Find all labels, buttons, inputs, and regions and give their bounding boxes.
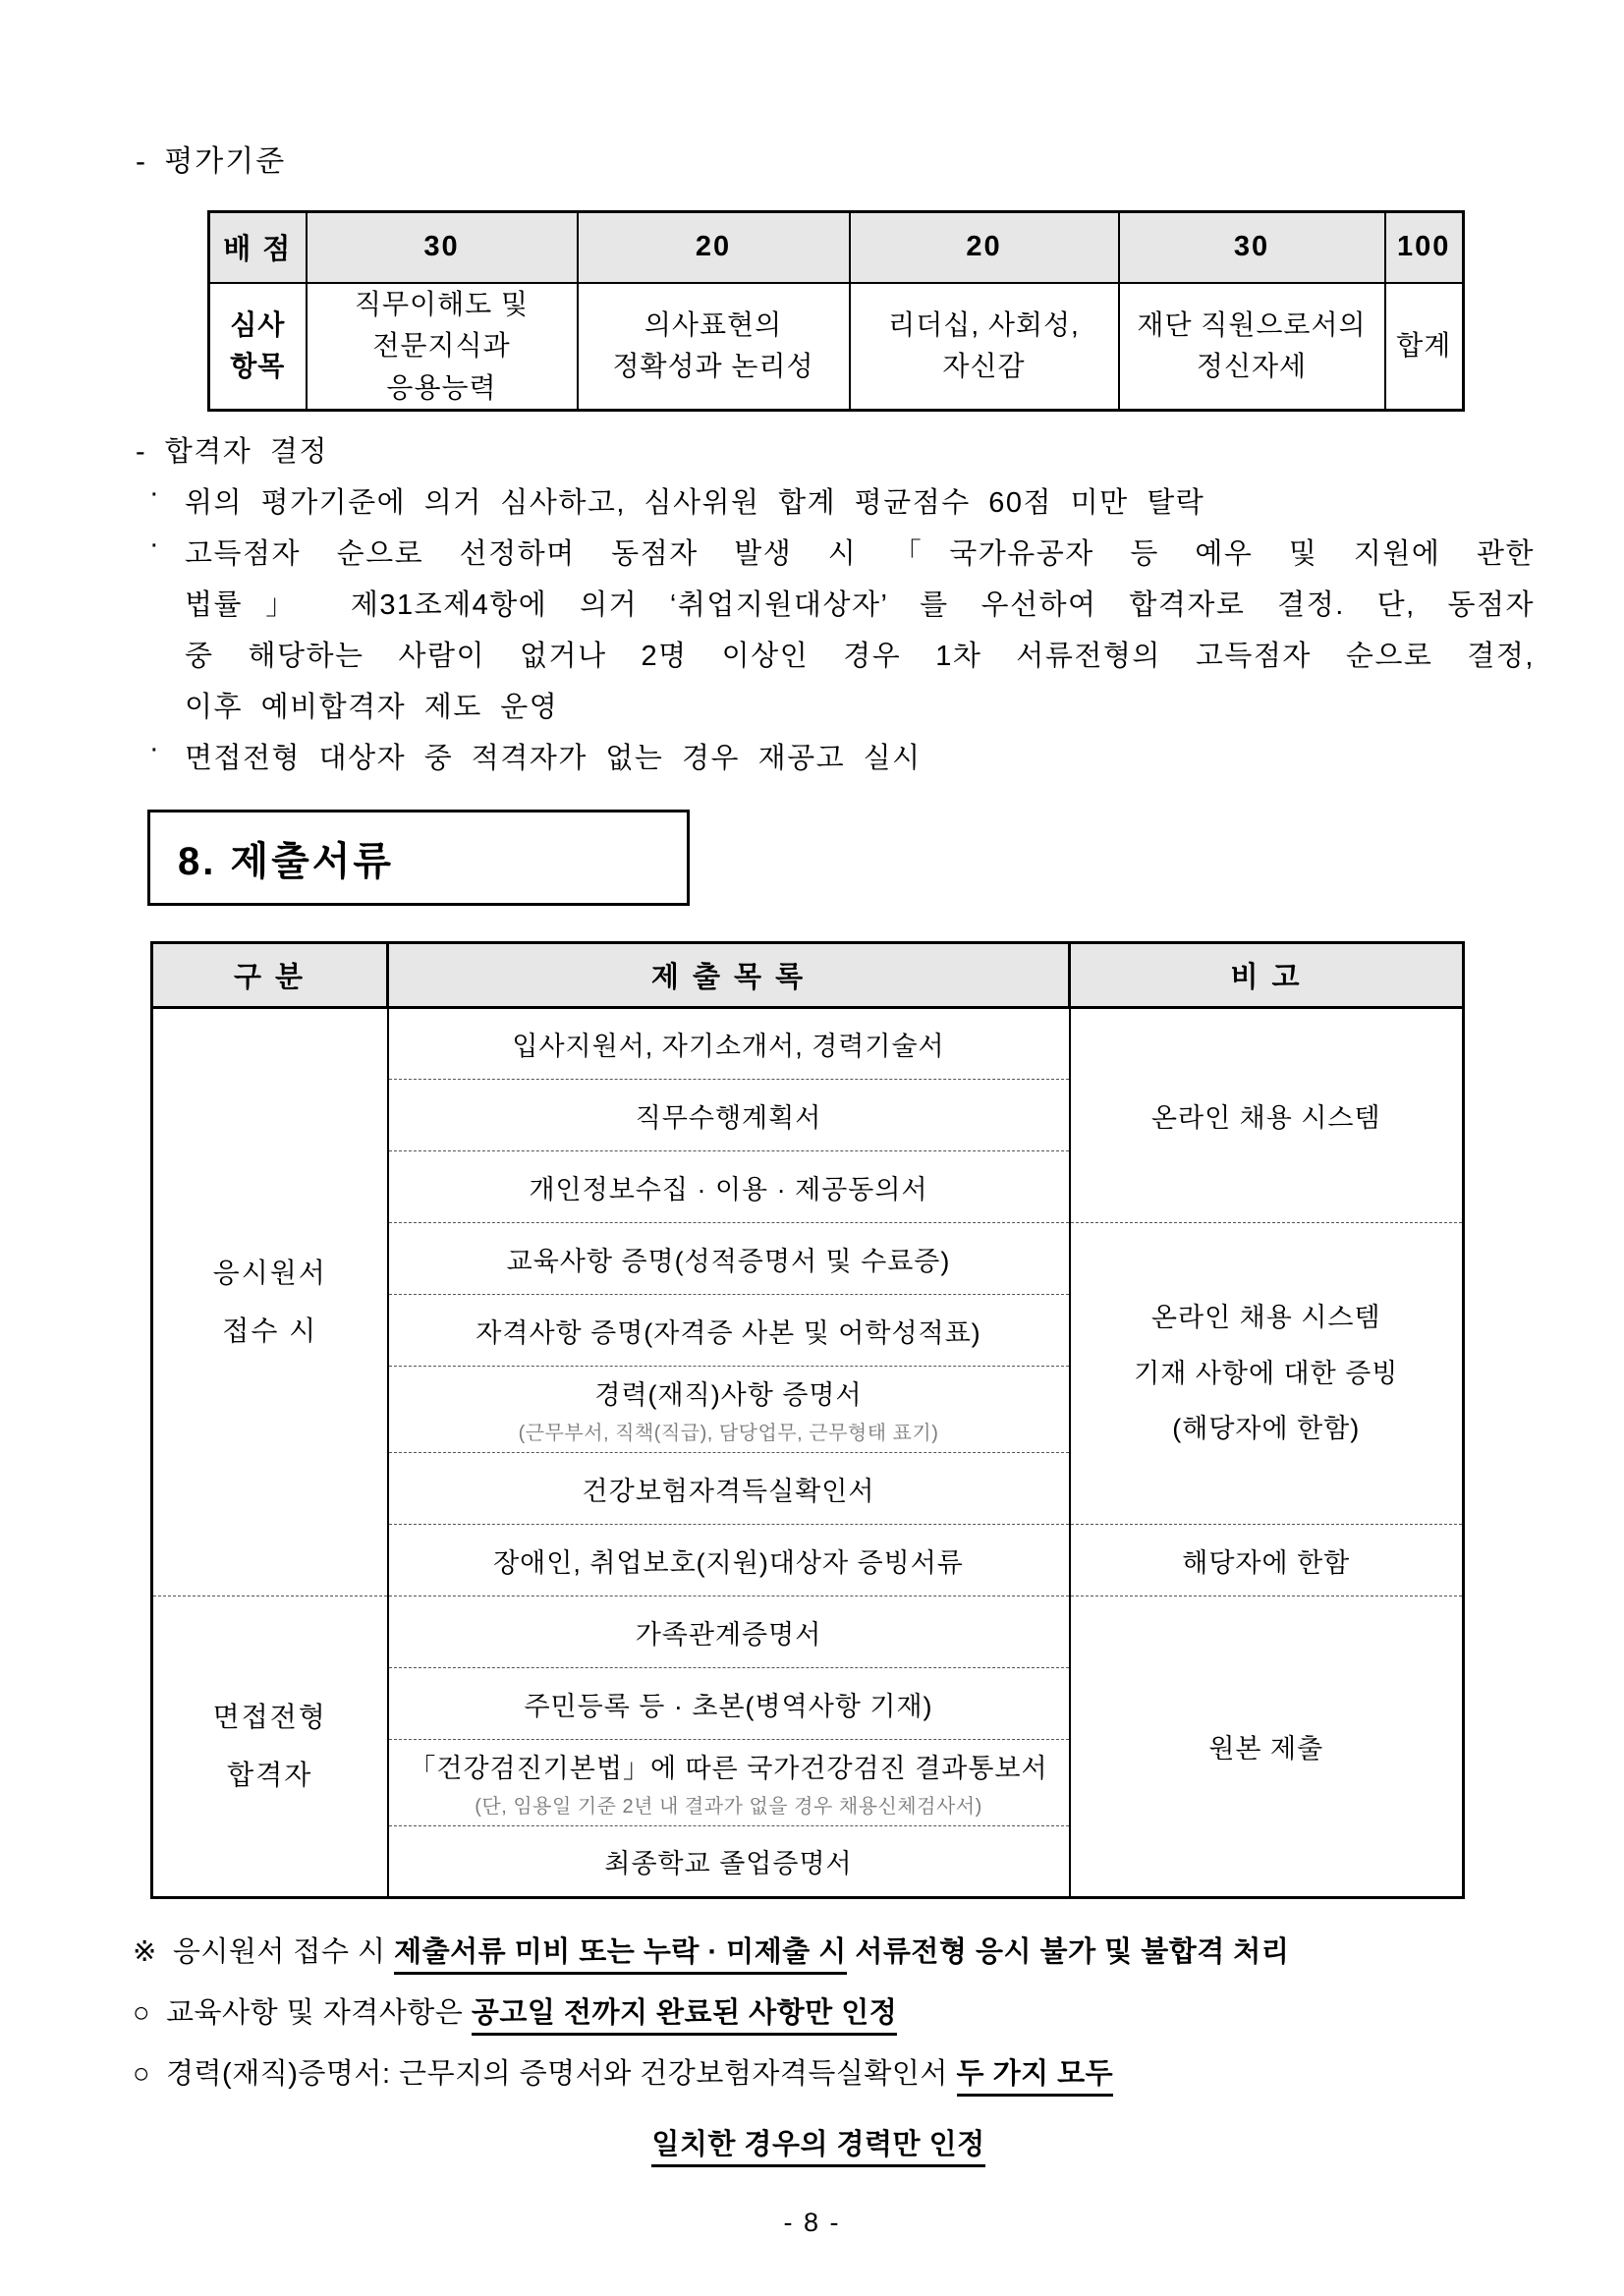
decision-bullet-line: 중 해당하는 사람이 없거나 2명 이상인 경우 1차 서류전형의 고득점자 순…	[185, 631, 1535, 682]
eval-criteria-table: 배 점 30 20 20 30 100 심사 항목 직무이해도 및 전문지식과 …	[207, 210, 1465, 412]
bullet-dot: ·	[149, 477, 160, 510]
note-marker: ※	[133, 1936, 157, 1968]
eval-score-row: 배 점 30 20 20 30 100	[209, 212, 1464, 283]
review-label-cell: 심사 항목	[209, 283, 307, 411]
note-text-emphasis: 두 가지 모두	[957, 2058, 1114, 2097]
col-remark-header: 비 고	[1070, 943, 1464, 1008]
score-label-cell: 배 점	[209, 212, 307, 283]
bullet-dot: ·	[149, 529, 160, 561]
remark-cell: 온라인 채용 시스템	[1070, 1008, 1464, 1223]
note-text: 경력(재직)증명서: 근무지의 증명서와 건강보험자격득실확인서	[166, 2058, 956, 2090]
remark-cell: 해당자에 한함	[1070, 1525, 1464, 1596]
document-title: 「건강검진기본법」에 따른 국가건강검진 결과통보서	[389, 1747, 1069, 1785]
bullet-dot: ·	[149, 733, 160, 765]
note-text-bold: 서류전형 응시 불가 및 불합격 처리	[847, 1936, 1290, 1968]
note-text-emphasis: 공고일 전까지 완료된 사항만 인정	[472, 1997, 897, 2036]
review-item-cell: 합계	[1385, 283, 1464, 411]
document-cell: 가족관계증명서	[388, 1596, 1070, 1668]
document-cell: 경력(재직)사항 증명서 (근무부서, 직책(직급), 담당업무, 근무형태 표…	[388, 1367, 1070, 1453]
score-value-cell: 20	[578, 212, 850, 283]
eval-criteria-heading: - 평가기준	[136, 140, 1624, 185]
submit-header-row: 구 분 제 출 목 록 비 고	[152, 943, 1464, 1008]
page-number: - 8 -	[0, 2208, 1624, 2238]
note-text-emphasis: 일치한 경우의 경력만 인정	[651, 2129, 984, 2167]
score-value-cell: 30	[307, 212, 578, 283]
footnotes: ※응시원서 접수 시 제출서류 미비 또는 누락 · 미제출 시 서류전형 응시…	[133, 1929, 1504, 2168]
eval-items-row: 심사 항목 직무이해도 및 전문지식과 응용능력 의사표현의 정확성과 논리성 …	[209, 283, 1464, 411]
note-item: ※응시원서 접수 시 제출서류 미비 또는 누락 · 미제출 시 서류전형 응시…	[133, 1929, 1504, 1976]
decision-heading: - 합격자 결정	[136, 426, 1624, 477]
decision-bullet: · 고득점자 순으로 선정하며 동점자 발생 시 「국가유공자 등 예우 및 지…	[136, 529, 1485, 733]
note-text: 응시원서 접수 시	[173, 1936, 394, 1968]
col-category-header: 구 분	[152, 943, 388, 1008]
note-marker: ○	[133, 1997, 150, 2029]
note-text: 교육사항 및 자격사항은	[166, 1997, 472, 2029]
document-cell: 자격사항 증명(자격증 사본 및 어학성적표)	[388, 1295, 1070, 1367]
note-item: ○교육사항 및 자격사항은 공고일 전까지 완료된 사항만 인정	[133, 1989, 1504, 2037]
document-subtext: (단, 임용일 기준 2년 내 결과가 없을 경우 채용신체검사서)	[389, 1790, 1069, 1819]
score-value-cell: 100	[1385, 212, 1464, 283]
document-cell: 직무수행계획서	[388, 1080, 1070, 1151]
group-cell-application: 응시원서 접수 시	[152, 1008, 388, 1596]
decision-bullet-line: 고득점자 순으로 선정하며 동점자 발생 시 「국가유공자 등 예우 및 지원에…	[185, 529, 1535, 580]
col-documents-header: 제 출 목 록	[388, 943, 1070, 1008]
document-title: 경력(재직)사항 증명서	[389, 1373, 1069, 1412]
review-item-cell: 직무이해도 및 전문지식과 응용능력	[307, 283, 578, 411]
document-cell: 건강보험자격득실확인서	[388, 1453, 1070, 1525]
group-cell-interview: 면접전형 합격자	[152, 1596, 388, 1898]
document-page: - 평가기준 배 점 30 20 20 30 100 심사 항목 직무이해도 및…	[0, 0, 1624, 2296]
decision-bullet-line: 법률」 제31조제4항에 의거 ‘취업지원대상자’ 를 우선하여 합격자로 결정…	[185, 580, 1535, 631]
score-value-cell: 30	[1119, 212, 1385, 283]
document-subtext: (근무부서, 직책(직급), 담당업무, 근무형태 표기)	[389, 1417, 1069, 1445]
document-cell: 입사지원서, 자기소개서, 경력기술서	[388, 1008, 1070, 1080]
section-title: 8. 제출서류	[178, 830, 394, 886]
score-value-cell: 20	[850, 212, 1119, 283]
document-cell: 장애인, 취업보호(지원)대상자 증빙서류	[388, 1525, 1070, 1596]
section-title-box: 8. 제출서류	[147, 810, 690, 906]
decision-bullet-text: 위의 평가기준에 의거 심사하고, 심사위원 합계 평균점수 60점 미만 탈락	[185, 477, 1485, 529]
document-cell: 「건강검진기본법」에 따른 국가건강검진 결과통보서 (단, 임용일 기준 2년…	[388, 1740, 1070, 1826]
document-cell: 교육사항 증명(성적증명서 및 수료증)	[388, 1223, 1070, 1295]
decision-bullet-line: 이후 예비합격자 제도 운영	[185, 682, 1485, 733]
note-text-emphasis: 제출서류 미비 또는 누락 · 미제출 시	[394, 1936, 847, 1975]
decision-section: - 합격자 결정 · 위의 평가기준에 의거 심사하고, 심사위원 합계 평균점…	[136, 426, 1624, 784]
document-cell: 최종학교 졸업증명서	[388, 1826, 1070, 1898]
document-cell: 주민등록 등 · 초본(병역사항 기재)	[388, 1668, 1070, 1740]
review-item-cell: 재단 직원으로서의 정신자세	[1119, 283, 1385, 411]
note-item: ○경력(재직)증명서: 근무지의 증명서와 건강보험자격득실확인서 두 가지 모…	[133, 2050, 1504, 2098]
decision-bullet-text: 면접전형 대상자 중 적격자가 없는 경우 재공고 실시	[185, 733, 1485, 784]
decision-bullet: · 면접전형 대상자 중 적격자가 없는 경우 재공고 실시	[136, 733, 1485, 784]
note-marker: ○	[133, 2058, 150, 2090]
review-item-cell: 리더십, 사회성, 자신감	[850, 283, 1119, 411]
document-cell: 개인정보수집 · 이용 · 제공동의서	[388, 1151, 1070, 1223]
submit-documents-table: 구 분 제 출 목 록 비 고 응시원서 접수 시 입사지원서, 자기소개서, …	[150, 941, 1465, 1899]
decision-bullet: · 위의 평가기준에 의거 심사하고, 심사위원 합계 평균점수 60점 미만 …	[136, 477, 1485, 529]
review-item-cell: 의사표현의 정확성과 논리성	[578, 283, 850, 411]
remark-cell: 온라인 채용 시스템 기재 사항에 대한 증빙 (해당자에 한함)	[1070, 1223, 1464, 1525]
table-row: 면접전형 합격자 가족관계증명서 원본 제출	[152, 1596, 1464, 1668]
table-row: 응시원서 접수 시 입사지원서, 자기소개서, 경력기술서 온라인 채용 시스템	[152, 1008, 1464, 1080]
remark-cell: 원본 제출	[1070, 1596, 1464, 1898]
note-continuation: 일치한 경우의 경력만 인정	[133, 2121, 1504, 2168]
